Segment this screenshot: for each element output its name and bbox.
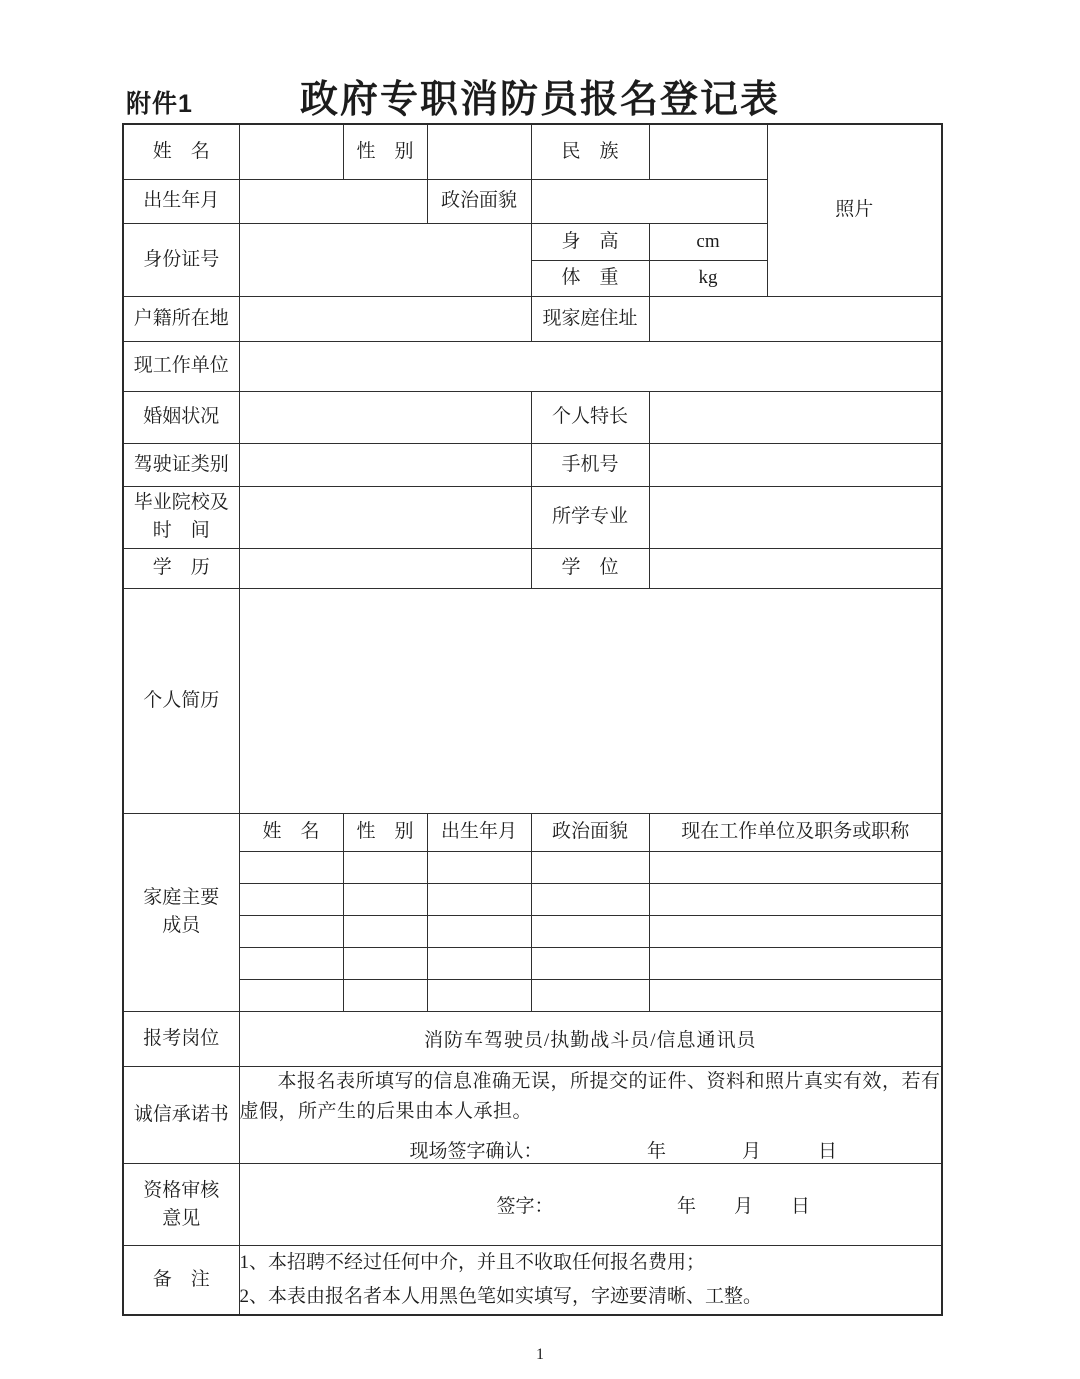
remarks-label: 备 注	[123, 1246, 239, 1316]
work-unit-input-cell	[239, 341, 942, 391]
weight-unit-cell: kg	[649, 260, 767, 296]
home-address-input-cell	[649, 296, 942, 341]
family-member-row	[123, 979, 942, 1011]
gender-input-cell	[427, 124, 531, 179]
family-gender-cell	[343, 883, 427, 915]
personal-strengths-label: 个人特长	[531, 391, 649, 443]
row-education-degree: 学 历 学 位	[123, 548, 942, 588]
family-political-status-cell	[531, 915, 649, 947]
position-applied-label: 报考岗位	[123, 1011, 239, 1066]
education-input-cell	[239, 548, 531, 588]
row-license-mobile: 驾驶证类别 手机号	[123, 443, 942, 486]
integrity-pledge-label: 诚信承诺书	[123, 1066, 239, 1164]
political-status-input-cell	[531, 179, 767, 223]
name-label: 姓 名	[123, 124, 239, 179]
birth-date-label: 出生年月	[123, 179, 239, 223]
marital-status-input-cell	[239, 391, 531, 443]
row-integrity-pledge: 诚信承诺书 本报名表所填写的信息准确无误，所提交的证件、资料和照片真实有效，若有…	[123, 1066, 942, 1164]
integrity-pledge-content: 本报名表所填写的信息准确无误，所提交的证件、资料和照片真实有效，若有虚假，所产生…	[239, 1066, 942, 1164]
ethnicity-label: 民 族	[531, 124, 649, 179]
row-household-address: 户籍所在地 现家庭住址	[123, 296, 942, 341]
family-member-row	[123, 947, 942, 979]
remark-item-2: 2、本表由报名者本人用黑色笔如实填写，字迹要清晰、工整。	[240, 1280, 942, 1314]
personal-strengths-input-cell	[649, 391, 942, 443]
marital-status-label: 婚姻状况	[123, 391, 239, 443]
row-resume: 个人简历	[123, 588, 942, 813]
degree-label: 学 位	[531, 548, 649, 588]
id-number-input-cell	[239, 223, 531, 296]
family-gender-cell	[343, 979, 427, 1011]
family-header-name: 姓 名	[239, 813, 343, 851]
integrity-sign-line: 现场签字确认： 年 月 日	[240, 1136, 942, 1163]
family-header-birth-date: 出生年月	[427, 813, 531, 851]
row-position-applied: 报考岗位 消防车驾驶员/执勤战斗员/信息通讯员	[123, 1011, 942, 1066]
family-header-political-status: 政治面貌	[531, 813, 649, 851]
row-marital-strengths: 婚姻状况 个人特长	[123, 391, 942, 443]
degree-input-cell	[649, 548, 942, 588]
row-family-header: 家庭主要 成员 姓 名 性 别 出生年月 政治面貌 现在工作单位及职务或职称	[123, 813, 942, 851]
birth-date-input-cell	[239, 179, 427, 223]
family-work-unit-cell	[649, 883, 942, 915]
family-work-unit-cell	[649, 915, 942, 947]
qualification-review-content: 签字： 年 月 日	[239, 1164, 942, 1246]
row-work-unit: 现工作单位	[123, 341, 942, 391]
family-member-row	[123, 851, 942, 883]
family-members-label: 家庭主要 成员	[123, 813, 239, 1011]
family-name-cell	[239, 851, 343, 883]
family-work-unit-cell	[649, 851, 942, 883]
qualification-review-label: 资格审核 意见	[123, 1164, 239, 1246]
row-name-gender-ethnicity: 姓 名 性 别 民 族 照片	[123, 124, 942, 179]
ethnicity-input-cell	[649, 124, 767, 179]
registration-form-table: 姓 名 性 别 民 族 照片 出生年月 政治面貌 身份证号 身 高 cm	[122, 123, 943, 1316]
household-location-input-cell	[239, 296, 531, 341]
height-label: 身 高	[531, 223, 649, 260]
qualification-review-label-line2: 意见	[124, 1205, 239, 1233]
page-title: 政府专职消防员报名登记表	[0, 68, 1080, 123]
education-label: 学 历	[123, 548, 239, 588]
family-birth-date-cell	[427, 851, 531, 883]
family-header-work-unit: 现在工作单位及职务或职称	[649, 813, 942, 851]
family-gender-cell	[343, 947, 427, 979]
family-name-cell	[239, 979, 343, 1011]
household-location-label: 户籍所在地	[123, 296, 239, 341]
family-work-unit-cell	[649, 947, 942, 979]
mobile-number-input-cell	[649, 443, 942, 486]
id-number-label: 身份证号	[123, 223, 239, 296]
major-label: 所学专业	[531, 486, 649, 548]
driver-license-input-cell	[239, 443, 531, 486]
name-input-cell	[239, 124, 343, 179]
family-header-gender: 性 别	[343, 813, 427, 851]
gender-label: 性 别	[343, 124, 427, 179]
family-birth-date-cell	[427, 947, 531, 979]
work-unit-label: 现工作单位	[123, 341, 239, 391]
family-birth-date-cell	[427, 883, 531, 915]
review-sign-line: 签字： 年 月 日	[240, 1191, 942, 1218]
mobile-number-label: 手机号	[531, 443, 649, 486]
family-members-label-line2: 成员	[124, 912, 239, 940]
family-name-cell	[239, 915, 343, 947]
family-member-row	[123, 883, 942, 915]
family-member-row	[123, 915, 942, 947]
form-document-page: 附件1 政府专职消防员报名登记表 姓 名 性 别 民 族 照片 出生年月 政治	[0, 0, 1080, 1379]
qualification-review-label-line1: 资格审核	[124, 1177, 239, 1205]
family-political-status-cell	[531, 979, 649, 1011]
family-gender-cell	[343, 851, 427, 883]
position-applied-value: 消防车驾驶员/执勤战斗员/信息通讯员	[239, 1011, 942, 1066]
political-status-label: 政治面貌	[427, 179, 531, 223]
weight-label: 体 重	[531, 260, 649, 296]
row-qualification-review: 资格审核 意见 签字： 年 月 日	[123, 1164, 942, 1246]
family-work-unit-cell	[649, 979, 942, 1011]
family-gender-cell	[343, 915, 427, 947]
resume-input-cell	[239, 588, 942, 813]
family-political-status-cell	[531, 883, 649, 915]
family-birth-date-cell	[427, 915, 531, 947]
family-name-cell	[239, 883, 343, 915]
graduation-school-input-cell	[239, 486, 531, 548]
photo-cell: 照片	[767, 124, 942, 296]
page-number: 1	[0, 1346, 1080, 1364]
integrity-pledge-text: 本报名表所填写的信息准确无误，所提交的证件、资料和照片真实有效，若有虚假，所产生…	[240, 1067, 942, 1129]
height-unit-cell: cm	[649, 223, 767, 260]
resume-label: 个人简历	[123, 588, 239, 813]
graduation-school-label-line1: 毕业院校及	[124, 489, 239, 517]
graduation-school-label: 毕业院校及 时 间	[123, 486, 239, 548]
family-members-label-line1: 家庭主要	[124, 884, 239, 912]
remarks-content: 1、本招聘不经过任何中介，并且不收取任何报名费用； 2、本表由报名者本人用黑色笔…	[239, 1246, 942, 1316]
home-address-label: 现家庭住址	[531, 296, 649, 341]
family-name-cell	[239, 947, 343, 979]
family-birth-date-cell	[427, 979, 531, 1011]
graduation-school-label-line2: 时 间	[124, 517, 239, 545]
row-remarks: 备 注 1、本招聘不经过任何中介，并且不收取任何报名费用； 2、本表由报名者本人…	[123, 1246, 942, 1316]
row-school-major: 毕业院校及 时 间 所学专业	[123, 486, 942, 548]
family-political-status-cell	[531, 947, 649, 979]
driver-license-label: 驾驶证类别	[123, 443, 239, 486]
major-input-cell	[649, 486, 942, 548]
family-political-status-cell	[531, 851, 649, 883]
remark-item-1: 1、本招聘不经过任何中介，并且不收取任何报名费用；	[240, 1246, 942, 1280]
